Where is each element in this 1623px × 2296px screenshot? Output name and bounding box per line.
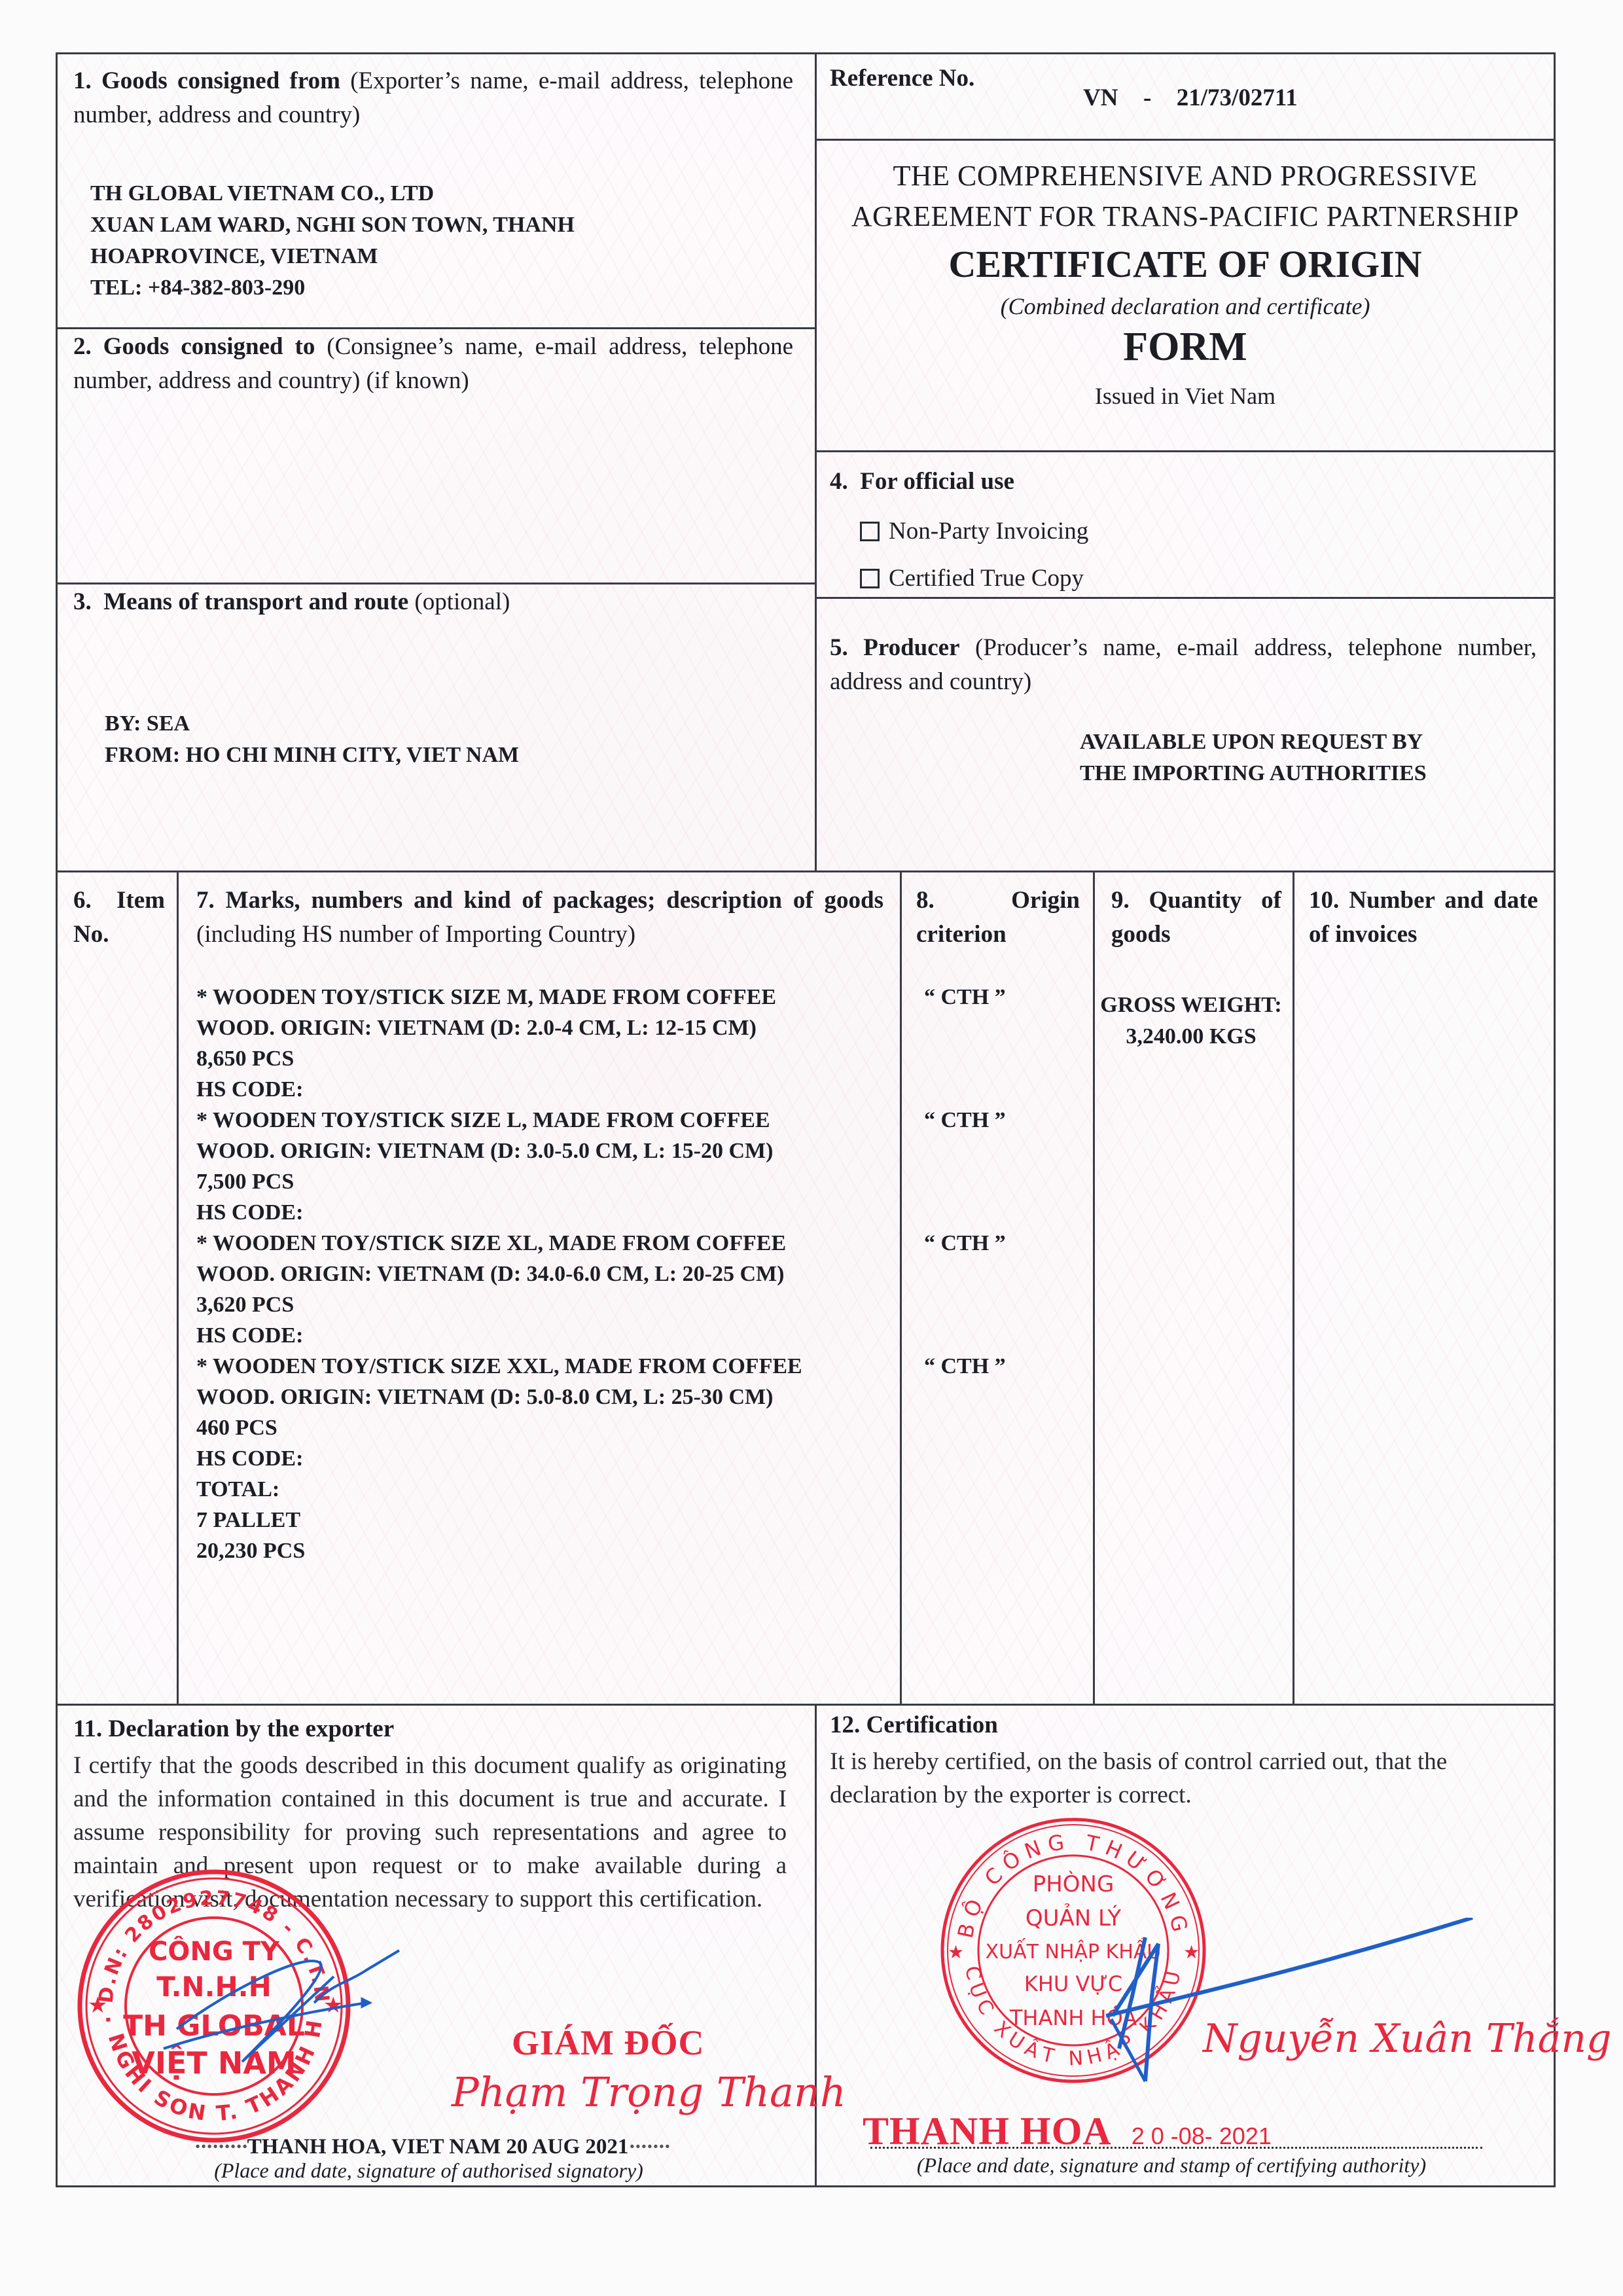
producer-details: AVAILABLE UPON REQUEST BY THE IMPORTING … bbox=[1080, 726, 1427, 789]
origin-criterion-3: “ CTH ” bbox=[924, 1228, 1006, 1259]
producer-line-2: THE IMPORTING AUTHORITIES bbox=[1080, 758, 1427, 789]
exporter-place-date: ·········THANH HOA, VIET NAM 20 AUG 2021… bbox=[170, 2135, 694, 2159]
item-desc-line: WOOD. ORIGIN: VIETNAM (D: 34.0-6.0 CM, L… bbox=[196, 1259, 802, 1289]
item-pcs: 7,500 PCS bbox=[196, 1166, 802, 1197]
option-certified-true-copy[interactable]: Certified True Copy bbox=[860, 564, 1084, 592]
exporter-address-2: HOAPROVINCE, VIETNAM bbox=[90, 241, 575, 272]
item-hs-code: HS CODE: bbox=[196, 1197, 802, 1228]
box3-label: 3. Means of transport and route (optiona… bbox=[73, 585, 793, 619]
document-title: CERTIFICATE OF ORIGIN bbox=[817, 242, 1554, 286]
item-desc-line: * WOODEN TOY/STICK SIZE XL, MADE FROM CO… bbox=[196, 1228, 802, 1259]
header-item-no: 6. Item No. bbox=[73, 884, 165, 952]
transport-details: BY: SEA FROM: HO CHI MINH CITY, VIET NAM bbox=[105, 708, 519, 771]
box12-certification-text: It is hereby certified, on the basis of … bbox=[830, 1745, 1543, 1812]
option-label: Certified True Copy bbox=[889, 565, 1084, 592]
gross-weight-value: 3,240.00 KGS bbox=[1086, 1021, 1296, 1052]
header-description: 7. Marks, numbers and kind of packages; … bbox=[196, 884, 883, 952]
authority-signature bbox=[1106, 1918, 1564, 2088]
item-desc-line: * WOODEN TOY/STICK SIZE M, MADE FROM COF… bbox=[196, 982, 802, 1013]
quantity-of-goods: GROSS WEIGHT: 3,240.00 KGS bbox=[1086, 990, 1296, 1052]
goods-item-4: * WOODEN TOY/STICK SIZE XXL, MADE FROM C… bbox=[196, 1351, 802, 1474]
svg-text:★: ★ bbox=[88, 1994, 107, 2018]
agreement-line-1: THE COMPREHENSIVE AND PROGRESSIVE bbox=[817, 156, 1554, 196]
item-hs-code: HS CODE: bbox=[196, 1320, 802, 1351]
divider-title-box4 bbox=[815, 450, 1556, 452]
divider-ref bbox=[815, 139, 1556, 141]
box2-label: 2. Goods consigned to (Consignee’s name,… bbox=[73, 330, 793, 398]
header-quantity: 9. Quantity of goods bbox=[1111, 884, 1281, 952]
agreement-line-2: AGREEMENT FOR TRANS-PACIFIC PARTNERSHIP bbox=[817, 196, 1554, 237]
authority-date: 2 0 -08- 2021 bbox=[1132, 2123, 1272, 2149]
item-pcs: 8,650 PCS bbox=[196, 1043, 802, 1074]
origin-criterion-2: “ CTH ” bbox=[924, 1105, 1006, 1136]
issued-in: Issued in Viet Nam bbox=[817, 382, 1554, 410]
goods-description: * WOODEN TOY/STICK SIZE M, MADE FROM COF… bbox=[196, 982, 802, 1566]
exporter-place-date-text: THANH HOA, VIET NAM 20 AUG 2021 bbox=[247, 2135, 629, 2159]
exporter-phone: TEL: +84-382-803-290 bbox=[90, 272, 575, 304]
svg-text:★: ★ bbox=[948, 1943, 964, 1963]
divider-box1-box2 bbox=[56, 327, 815, 329]
box4-label: 4. For official use bbox=[830, 465, 1014, 499]
reference-number: VN - 21/73/02711 bbox=[1083, 84, 1298, 112]
item-hs-code: HS CODE: bbox=[196, 1443, 802, 1474]
title-block: THE COMPREHENSIVE AND PROGRESSIVE AGREEM… bbox=[817, 156, 1554, 410]
item-pcs: 3,620 PCS bbox=[196, 1289, 802, 1320]
item-desc-line: * WOODEN TOY/STICK SIZE XXL, MADE FROM C… bbox=[196, 1351, 802, 1382]
authority-place-date-caption: (Place and date, signature and stamp of … bbox=[844, 2153, 1499, 2178]
total-pallets: 7 PALLET bbox=[196, 1505, 802, 1535]
document-subtitle: (Combined declaration and certificate) bbox=[817, 293, 1554, 320]
item-desc-line: * WOODEN TOY/STICK SIZE L, MADE FROM COF… bbox=[196, 1105, 802, 1136]
divider-col-item bbox=[177, 870, 179, 1704]
form-label: FORM bbox=[817, 324, 1554, 370]
box12-title: 12. Certification bbox=[830, 1711, 998, 1739]
exporter-signer-title: GIÁM ĐỐC bbox=[512, 2022, 704, 2063]
transport-mode: BY: SEA bbox=[105, 708, 519, 740]
option-label: Non-Party Invoicing bbox=[889, 518, 1088, 545]
total-pcs: 20,230 PCS bbox=[196, 1535, 802, 1566]
goods-item-2: * WOODEN TOY/STICK SIZE L, MADE FROM COF… bbox=[196, 1105, 802, 1228]
svg-text:PHÒNG: PHÒNG bbox=[1033, 1871, 1115, 1897]
item-hs-code: HS CODE: bbox=[196, 1074, 802, 1105]
authority-place-date: THANH HOA 2 0 -08- 2021 bbox=[863, 2109, 1484, 2145]
exporter-name: TH GLOBAL VIETNAM CO., LTD bbox=[90, 178, 575, 209]
goods-item-3: * WOODEN TOY/STICK SIZE XL, MADE FROM CO… bbox=[196, 1228, 802, 1351]
checkbox-non-party-invoicing[interactable] bbox=[860, 522, 880, 541]
exporter-signature bbox=[151, 1937, 425, 2068]
goods-item-1: * WOODEN TOY/STICK SIZE M, MADE FROM COF… bbox=[196, 982, 802, 1105]
origin-criterion-1: “ CTH ” bbox=[924, 982, 1006, 1013]
header-invoices: 10. Number and date of invoices bbox=[1309, 884, 1538, 952]
item-desc-line: WOOD. ORIGIN: VIETNAM (D: 5.0-8.0 CM, L:… bbox=[196, 1382, 802, 1412]
checkbox-certified-true-copy[interactable] bbox=[860, 569, 880, 588]
option-non-party-invoicing[interactable]: Non-Party Invoicing bbox=[860, 517, 1088, 545]
divider-goods-bottom bbox=[56, 1704, 1556, 1706]
producer-line-1: AVAILABLE UPON REQUEST BY bbox=[1080, 726, 1427, 758]
box11-title: 11. Declaration by the exporter bbox=[73, 1715, 394, 1743]
authority-date-underline bbox=[870, 2147, 1482, 2149]
box5-label: 5. Producer (Producer’s name, e-mail add… bbox=[830, 631, 1537, 699]
divider-top-goods bbox=[56, 870, 1556, 872]
header-origin: 8. Origin criterion bbox=[916, 884, 1080, 952]
item-desc-line: WOOD. ORIGIN: VIETNAM (D: 2.0-4 CM, L: 1… bbox=[196, 1013, 802, 1043]
total-label: TOTAL: bbox=[196, 1474, 802, 1505]
origin-criterion-4: “ CTH ” bbox=[924, 1351, 1006, 1382]
divider-box4-box5 bbox=[815, 597, 1556, 599]
authority-signer-name: Nguyễn Xuân Thắng bbox=[1203, 2016, 1611, 2062]
exporter-place-date-caption: (Place and date, signature of authorised… bbox=[118, 2159, 740, 2183]
item-desc-line: WOOD. ORIGIN: VIETNAM (D: 3.0-5.0 CM, L:… bbox=[196, 1136, 802, 1166]
reference-label: Reference No. bbox=[830, 64, 974, 92]
exporter-details: TH GLOBAL VIETNAM CO., LTD XUAN LAM WARD… bbox=[90, 178, 575, 304]
exporter-signer-name: Phạm Trọng Thanh bbox=[452, 2068, 846, 2116]
goods-totals: TOTAL: 7 PALLET 20,230 PCS bbox=[196, 1474, 802, 1566]
exporter-address-1: XUAN LAM WARD, NGHI SON TOWN, THANH bbox=[90, 209, 575, 241]
box1-label: 1. Goods consigned from (Exporter’s name… bbox=[73, 64, 793, 132]
divider-box2-box3 bbox=[56, 583, 815, 584]
item-pcs: 460 PCS bbox=[196, 1412, 802, 1443]
transport-route: FROM: HO CHI MINH CITY, VIET NAM bbox=[105, 740, 519, 771]
divider-col-origin bbox=[900, 870, 902, 1704]
gross-weight-label: GROSS WEIGHT: bbox=[1086, 990, 1296, 1021]
